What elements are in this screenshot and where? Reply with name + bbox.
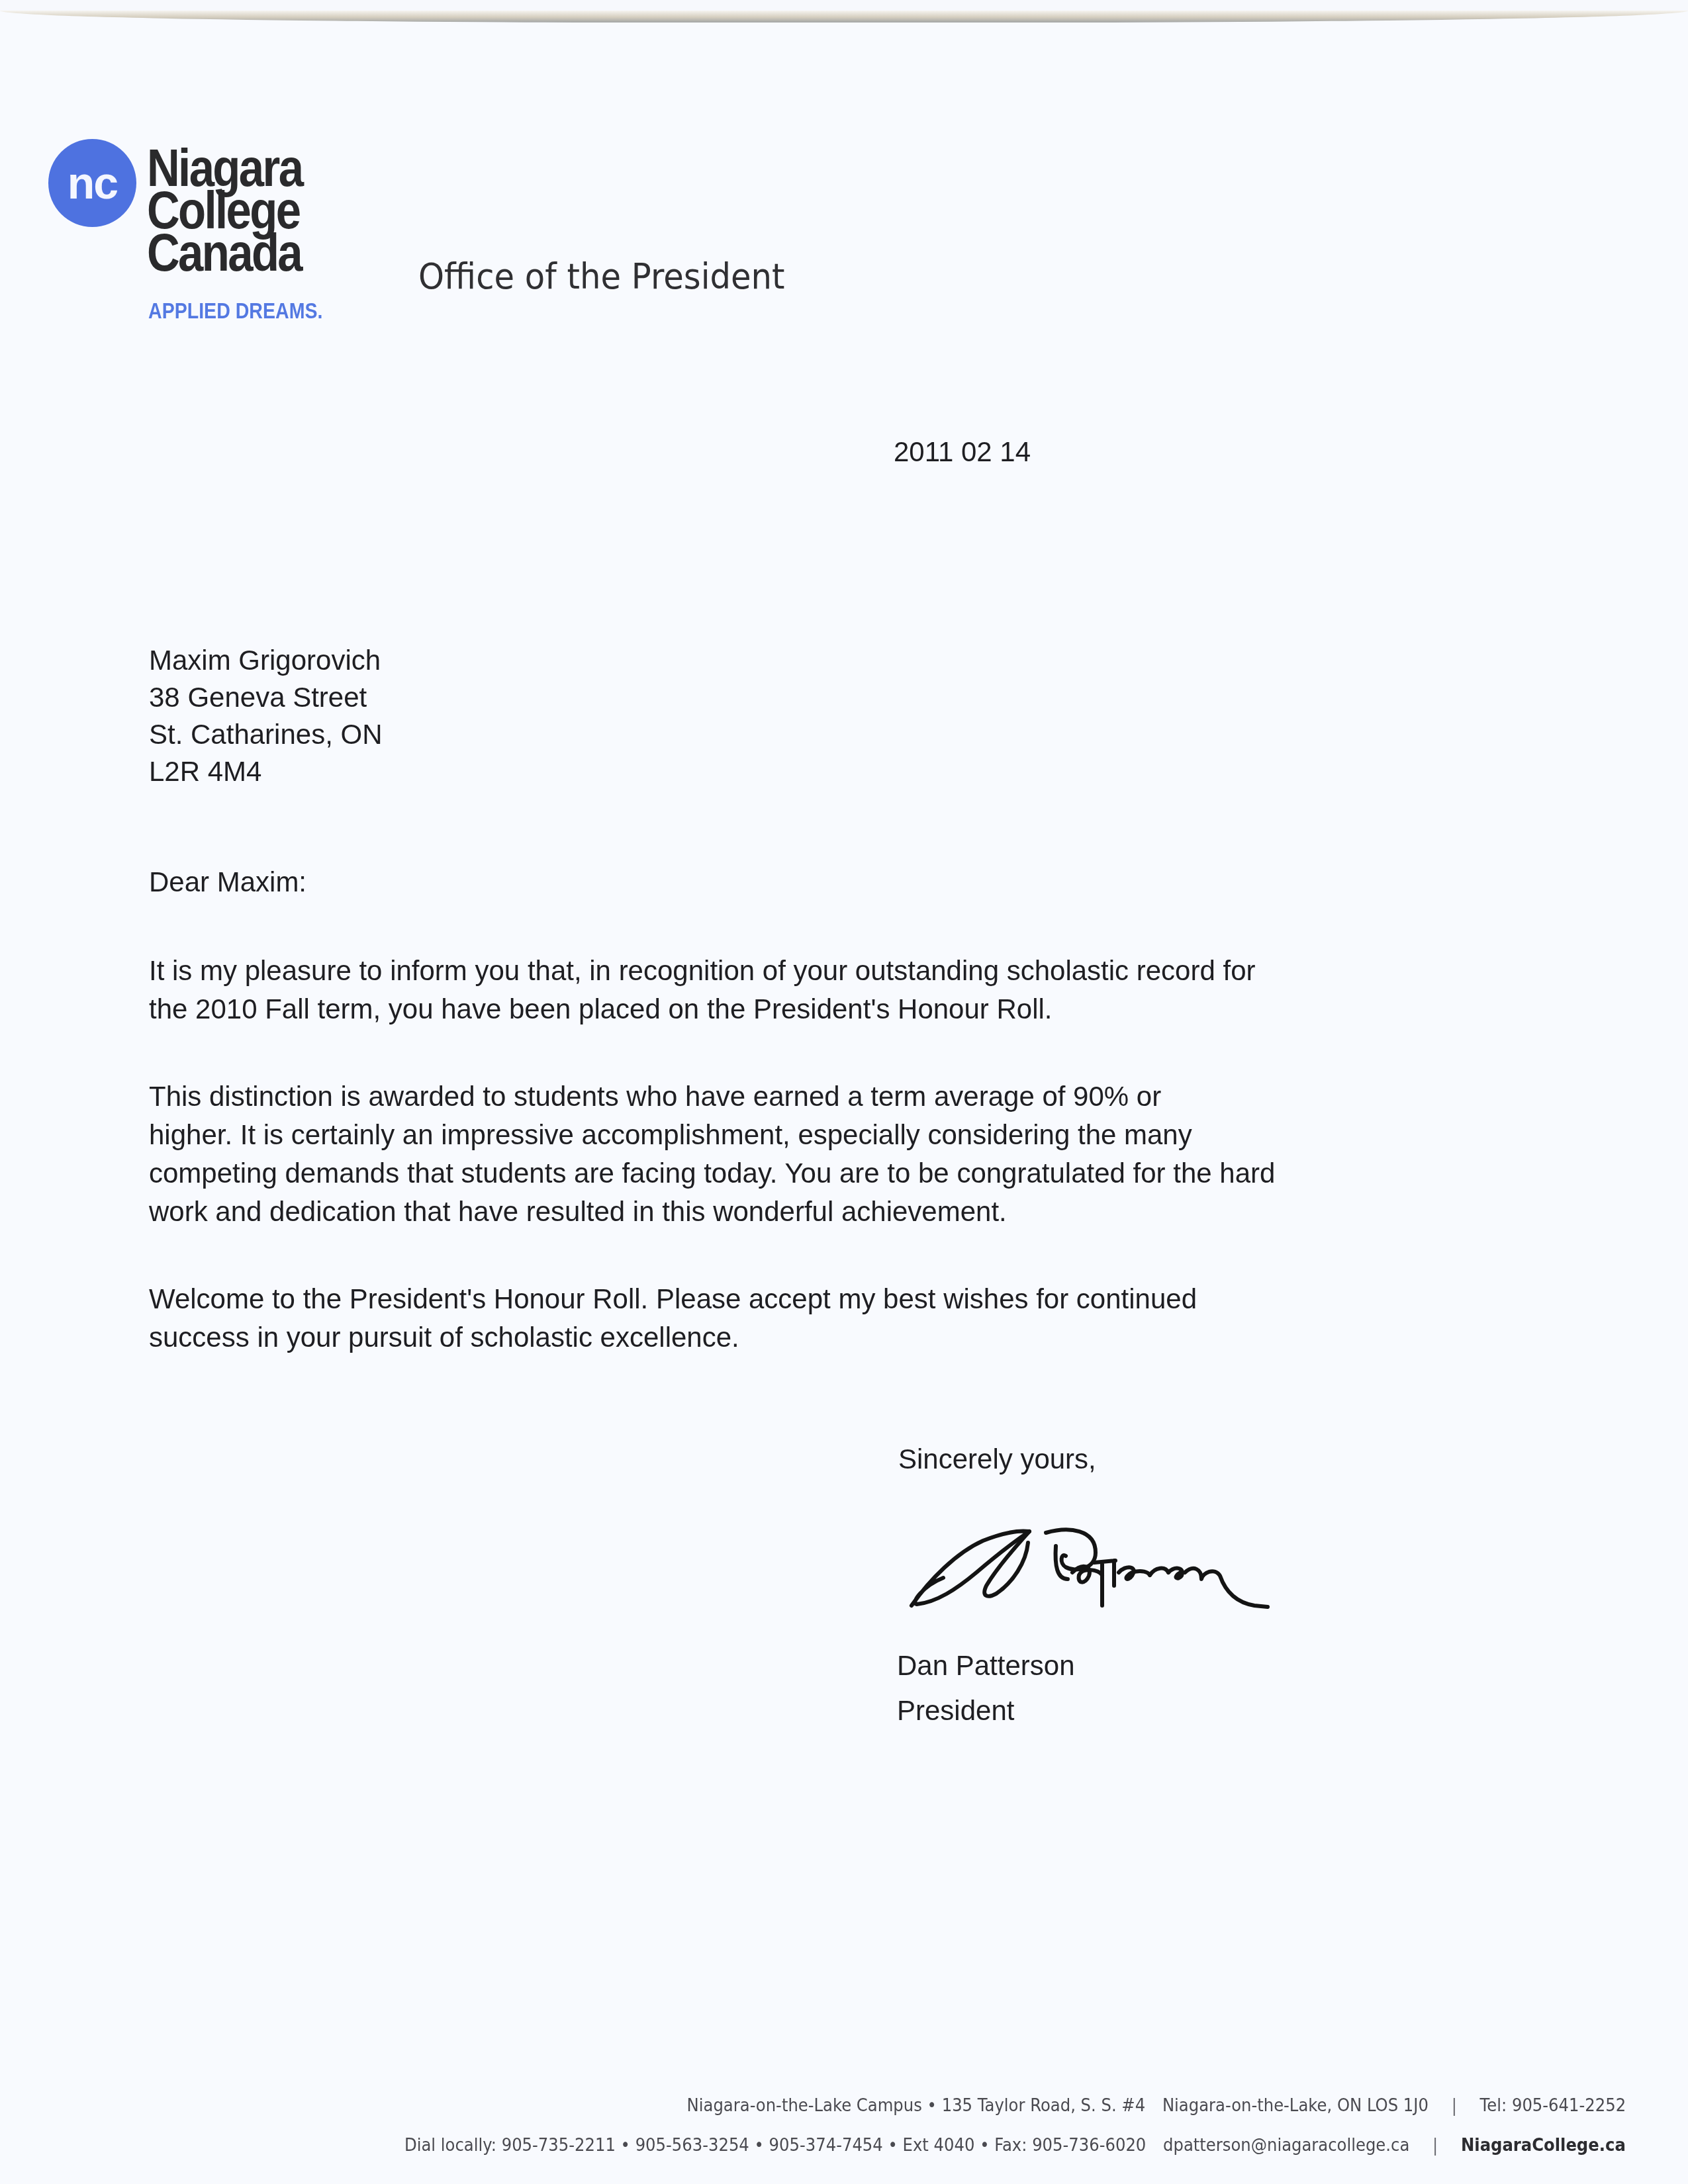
- footer-website-link[interactable]: NiagaraCollege.ca: [1461, 2135, 1626, 2156]
- recipient-street: 38 Geneva Street: [149, 679, 382, 716]
- bullet-icon: •: [621, 2135, 630, 2156]
- bullet-icon: •: [927, 2095, 936, 2116]
- bullet-icon: •: [888, 2135, 898, 2156]
- logo-mark: nc: [68, 158, 117, 209]
- footer-dial-locally: Dial locally: 905-735-2211: [404, 2135, 616, 2156]
- body-line: It is my pleasure to inform you that, in…: [149, 952, 1256, 990]
- letter-page: nc Niagara College Canada APPLIED DREAMS…: [0, 11, 1688, 2184]
- footer-separator: |: [1452, 2095, 1457, 2116]
- signer-title: President: [897, 1692, 1014, 1730]
- letter-date: 2011 02 14: [894, 433, 1031, 471]
- footer-phone-3: 905-374-7454: [769, 2135, 883, 2156]
- body-line: higher. It is certainly an impressive ac…: [149, 1116, 1275, 1154]
- college-logo-icon: nc: [48, 139, 136, 227]
- college-tagline: APPLIED DREAMS.: [148, 298, 322, 324]
- closing: Sincerely yours,: [898, 1440, 1096, 1479]
- body-line: This distinction is awarded to students …: [149, 1077, 1275, 1116]
- footer-ext: Ext 4040: [903, 2135, 975, 2156]
- footer-separator: |: [1432, 2135, 1438, 2156]
- footer-city: Niagara-on-the-Lake, ON LOS 1J0: [1162, 2095, 1429, 2116]
- footer-phone-2: 905-563-3254: [635, 2135, 749, 2156]
- footer-tel: Tel: 905-641-2252: [1480, 2095, 1626, 2116]
- bullet-icon: •: [755, 2135, 764, 2156]
- salutation: Dear Maxim:: [149, 863, 306, 901]
- recipient-name: Maxim Grigorovich: [149, 642, 382, 679]
- logo-word-3: Canada: [147, 232, 302, 274]
- footer-fax: Fax: 905-736-6020: [994, 2135, 1146, 2156]
- body-paragraph-2: This distinction is awarded to students …: [149, 1077, 1275, 1231]
- body-line: the 2010 Fall term, you have been placed…: [149, 990, 1256, 1028]
- bullet-icon: •: [980, 2135, 989, 2156]
- body-line: work and dedication that have resulted i…: [149, 1193, 1275, 1231]
- body-line: Welcome to the President's Honour Roll. …: [149, 1280, 1197, 1318]
- footer-contact-line: Dial locally: 905-735-2211 • 905-563-325…: [404, 2135, 1626, 2156]
- body-paragraph-1: It is my pleasure to inform you that, in…: [149, 952, 1256, 1028]
- body-line: competing demands that students are faci…: [149, 1154, 1275, 1193]
- body-paragraph-3: Welcome to the President's Honour Roll. …: [149, 1280, 1197, 1357]
- scan-edge-shadow: [0, 11, 1688, 23]
- office-title: Office of the President: [418, 255, 785, 297]
- signature-icon: [904, 1506, 1274, 1619]
- footer-address-line: Niagara-on-the-Lake Campus • 135 Taylor …: [687, 2095, 1626, 2116]
- footer-campus: Niagara-on-the-Lake Campus: [687, 2095, 922, 2116]
- footer-email-link[interactable]: dpatterson@niagaracollege.ca: [1163, 2135, 1409, 2156]
- recipient-city: St. Catharines, ON: [149, 716, 382, 753]
- body-line: success in your pursuit of scholastic ex…: [149, 1318, 1197, 1357]
- college-name: Niagara College Canada: [147, 147, 302, 274]
- recipient-postal-code: L2R 4M4: [149, 753, 382, 790]
- footer-street: 135 Taylor Road, S. S. #4: [942, 2095, 1146, 2116]
- recipient-address: Maxim Grigorovich 38 Geneva Street St. C…: [149, 642, 382, 790]
- signer-name: Dan Patterson: [897, 1647, 1075, 1685]
